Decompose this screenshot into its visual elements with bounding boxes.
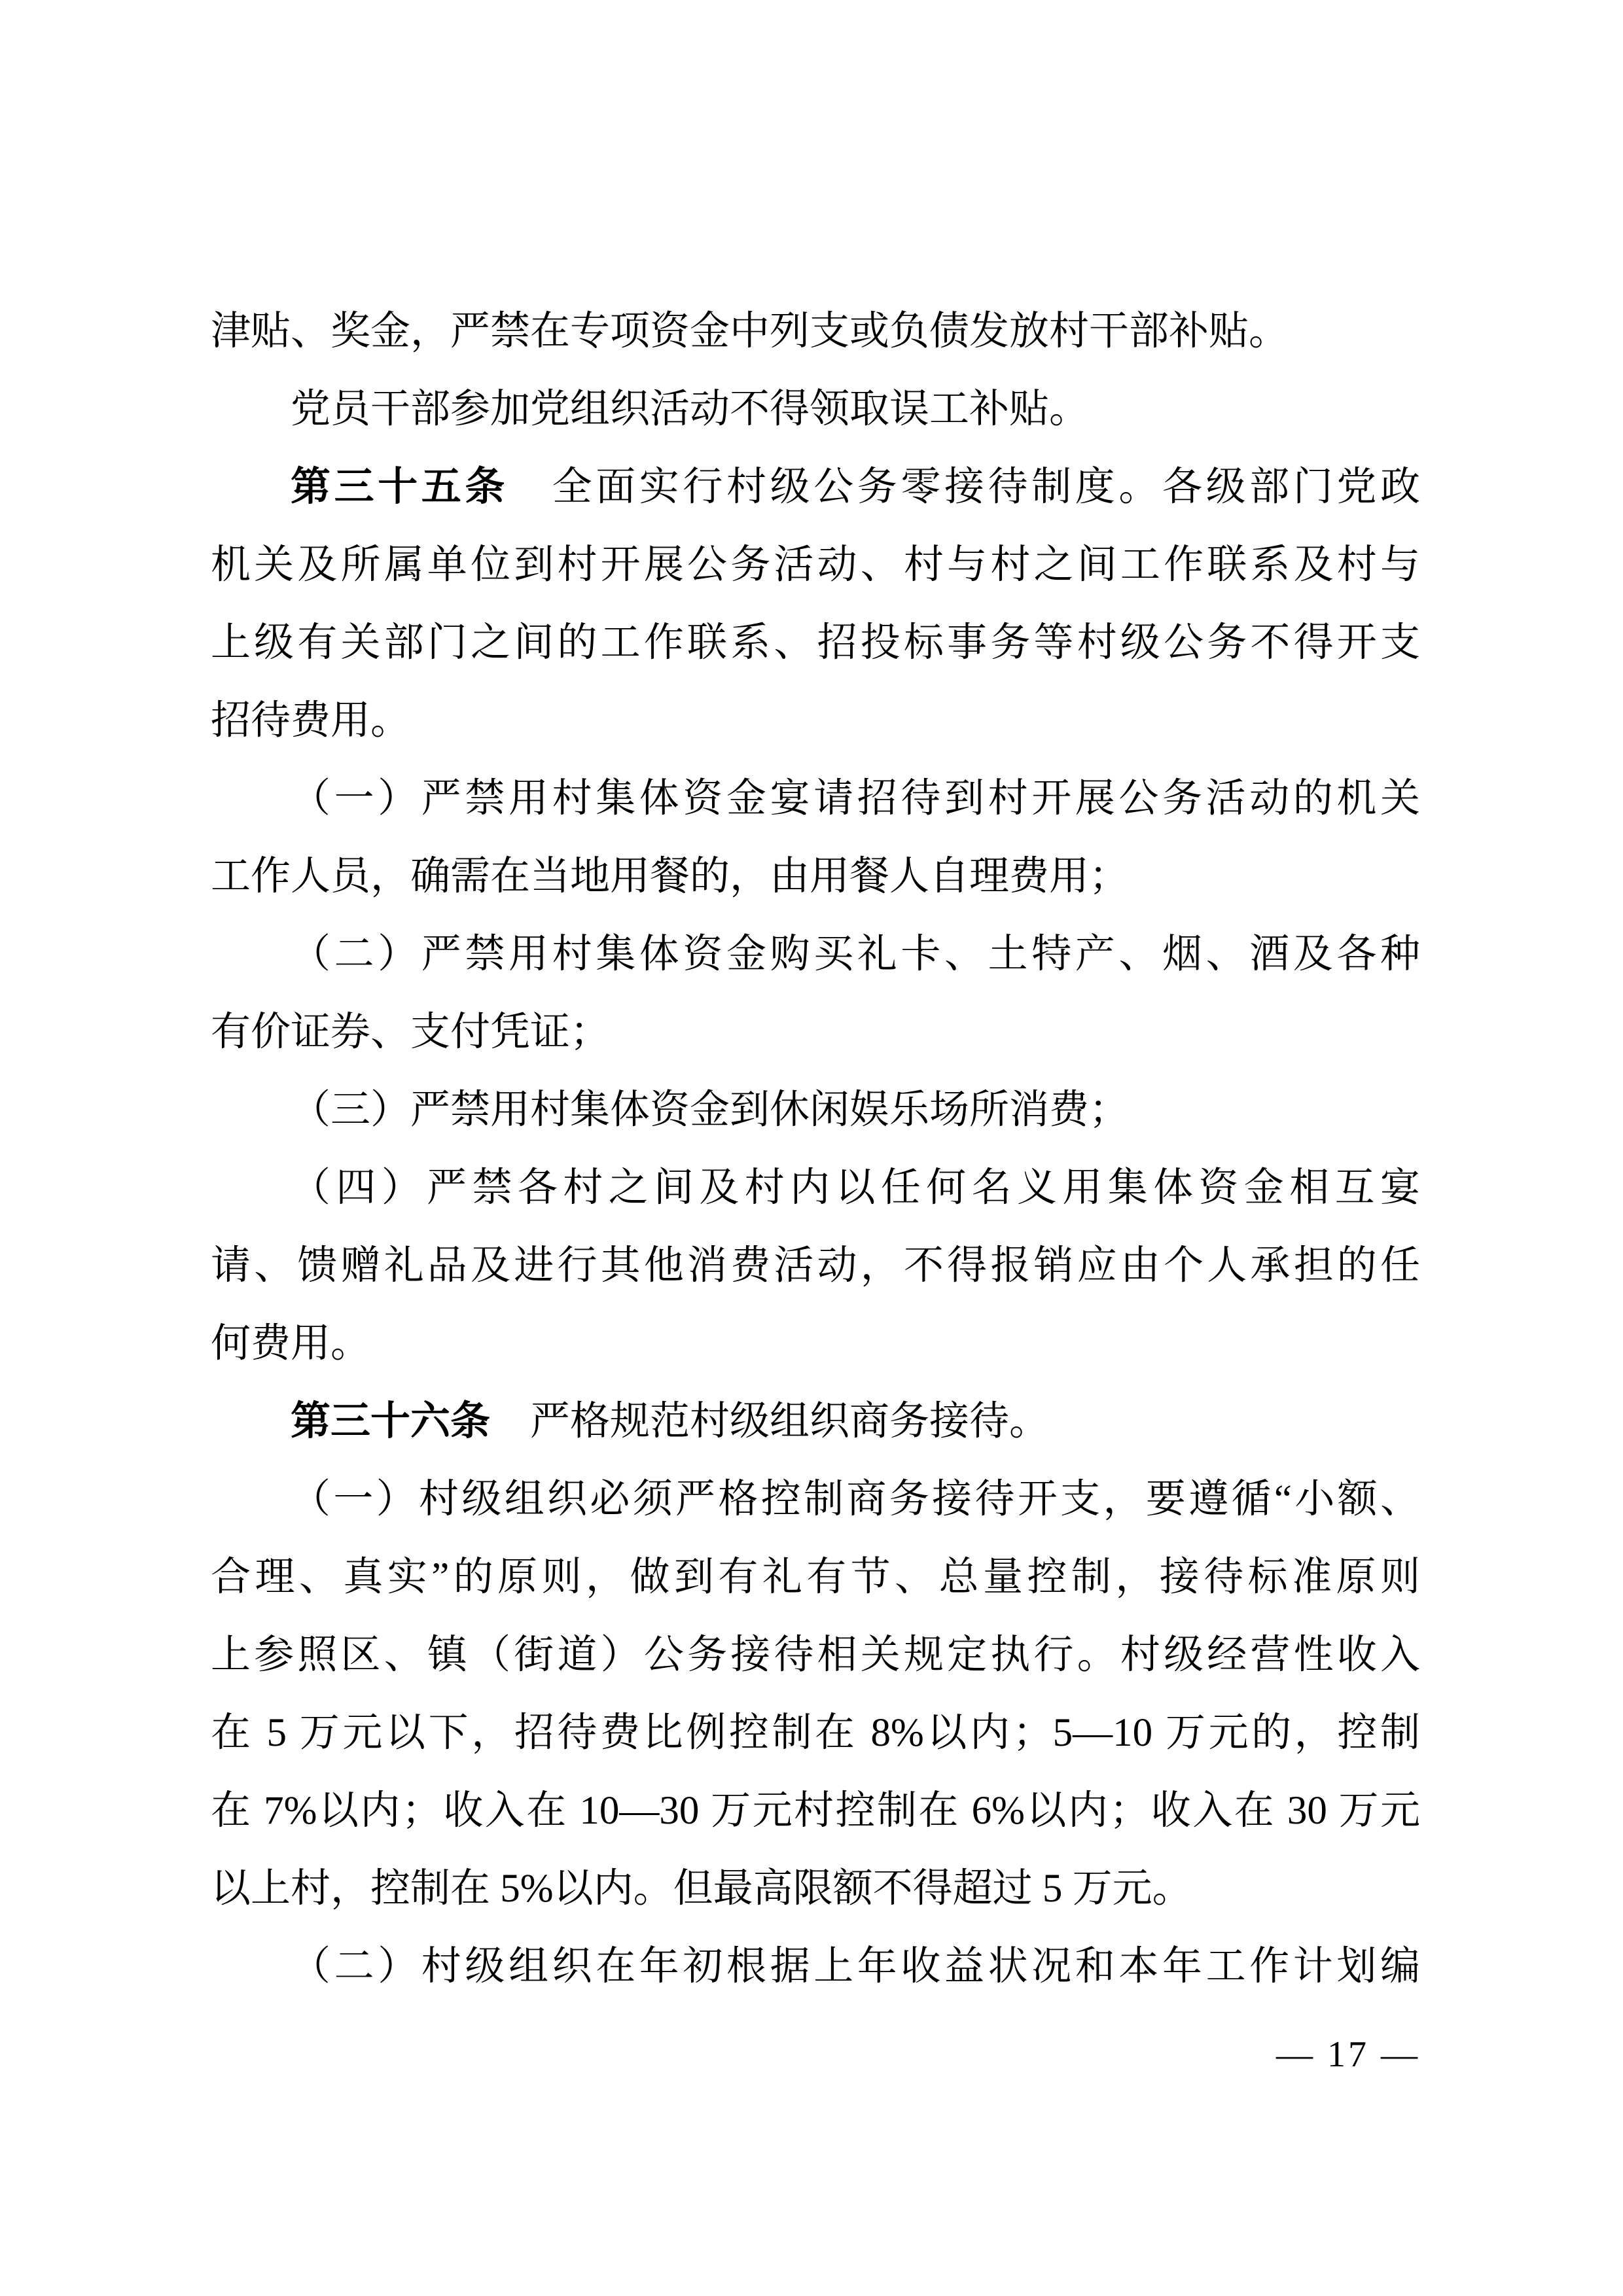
text-line: 请、馈赠礼品及进行其他消费活动，不得报销应由个人承担的任 — [211, 1227, 1420, 1305]
text-line: 工作人员，确需在当地用餐的，由用餐人自理费用； — [211, 838, 1420, 915]
document-page: 津贴、奖金，严禁在专项资金中列支或负债发放村干部补贴。党员干部参加党组织活动不得… — [0, 0, 1623, 2296]
text-line: 上级有关部门之间的工作联系、招投标事务等村级公务不得开支 — [211, 604, 1420, 682]
body-text: 津贴、奖金，严禁在专项资金中列支或负债发放村干部补贴。 — [211, 309, 1289, 353]
body-text: 招待费用。 — [211, 699, 410, 743]
body-text: 在 5 万元以下，招待费比例控制在 8%以内；5—10 万元的，控制 — [211, 1711, 1420, 1755]
article-heading-text: 第三十五条 — [291, 465, 508, 509]
body-text: （二）严禁用村集体资金购买礼卡、土特产、烟、酒及各种 — [291, 932, 1420, 976]
body-text: 合理、真实”的原则，做到有礼有节、总量控制，接待标准原则 — [211, 1555, 1420, 1599]
page-number: — 17 — — [211, 2034, 1420, 2075]
text-line: 党员干部参加党组织活动不得领取误工补贴。 — [211, 370, 1420, 448]
text-block: 津贴、奖金，严禁在专项资金中列支或负债发放村干部补贴。党员干部参加党组织活动不得… — [211, 292, 1420, 2005]
text-line: 在 7%以内；收入在 10—30 万元村控制在 6%以内；收入在 30 万元 — [211, 1772, 1420, 1850]
body-text: （四）严禁各村之间及村内以任何名义用集体资金相互宴 — [291, 1166, 1420, 1210]
article-heading-text: 第三十六条 — [291, 1400, 490, 1443]
text-line: 上参照区、镇（街道）公务接待相关规定执行。村级经营性收入 — [211, 1616, 1420, 1694]
text-line: 机关及所属单位到村开展公务活动、村与村之间工作联系及村与 — [211, 526, 1420, 604]
body-text: 在 7%以内；收入在 10—30 万元村控制在 6%以内；收入在 30 万元 — [211, 1789, 1420, 1833]
body-text: （二）村级组织在年初根据上年收益状况和本年工作计划编 — [291, 1945, 1420, 1988]
body-text: 请、馈赠礼品及进行其他消费活动，不得报销应由个人承担的任 — [211, 1244, 1420, 1288]
text-line: 在 5 万元以下，招待费比例控制在 8%以内；5—10 万元的，控制 — [211, 1694, 1420, 1772]
text-line: 合理、真实”的原则，做到有礼有节、总量控制，接待标准原则 — [211, 1538, 1420, 1616]
text-line: 有价证券、支付凭证； — [211, 993, 1420, 1071]
text-line: （二）村级组织在年初根据上年收益状况和本年工作计划编 — [211, 1928, 1420, 2005]
text-line: （一）严禁用村集体资金宴请招待到村开展公务活动的机关 — [211, 760, 1420, 838]
text-line: 第三十六条 严格规范村级组织商务接待。 — [211, 1383, 1420, 1460]
body-text: 党员干部参加党组织活动不得领取误工补贴。 — [291, 387, 1089, 431]
text-line: 何费用。 — [211, 1305, 1420, 1383]
text-line: 以上村，控制在 5%以内。但最高限额不得超过 5 万元。 — [211, 1850, 1420, 1928]
text-line: 第三十五条 全面实行村级公务零接待制度。各级部门党政 — [211, 448, 1420, 526]
text-line: （四）严禁各村之间及村内以任何名义用集体资金相互宴 — [211, 1149, 1420, 1227]
body-text: （三）严禁用村集体资金到休闲娱乐场所消费； — [291, 1088, 1129, 1132]
body-text: 上级有关部门之间的工作联系、招投标事务等村级公务不得开支 — [211, 621, 1420, 665]
body-text: 机关及所属单位到村开展公务活动、村与村之间工作联系及村与 — [211, 543, 1420, 587]
body-text: （一）村级组织必须严格控制商务接待开支，要遵循“小额、 — [291, 1477, 1420, 1521]
body-text: 上参照区、镇（街道）公务接待相关规定执行。村级经营性收入 — [211, 1633, 1420, 1677]
body-text: 工作人员，确需在当地用餐的，由用餐人自理费用； — [211, 855, 1129, 898]
text-line: 招待费用。 — [211, 682, 1420, 760]
text-line: （一）村级组织必须严格控制商务接待开支，要遵循“小额、 — [211, 1460, 1420, 1538]
body-text: 以上村，控制在 5%以内。但最高限额不得超过 5 万元。 — [211, 1867, 1192, 1911]
text-line: （二）严禁用村集体资金购买礼卡、土特产、烟、酒及各种 — [211, 915, 1420, 993]
body-text: 何费用。 — [211, 1322, 370, 1366]
body-text: （一）严禁用村集体资金宴请招待到村开展公务活动的机关 — [291, 777, 1420, 821]
body-text: 全面实行村级公务零接待制度。各级部门党政 — [508, 465, 1420, 509]
text-line: （三）严禁用村集体资金到休闲娱乐场所消费； — [211, 1071, 1420, 1149]
body-text: 有价证券、支付凭证； — [211, 1010, 610, 1054]
body-text: 严格规范村级组织商务接待。 — [490, 1400, 1049, 1443]
text-line: 津贴、奖金，严禁在专项资金中列支或负债发放村干部补贴。 — [211, 292, 1420, 370]
